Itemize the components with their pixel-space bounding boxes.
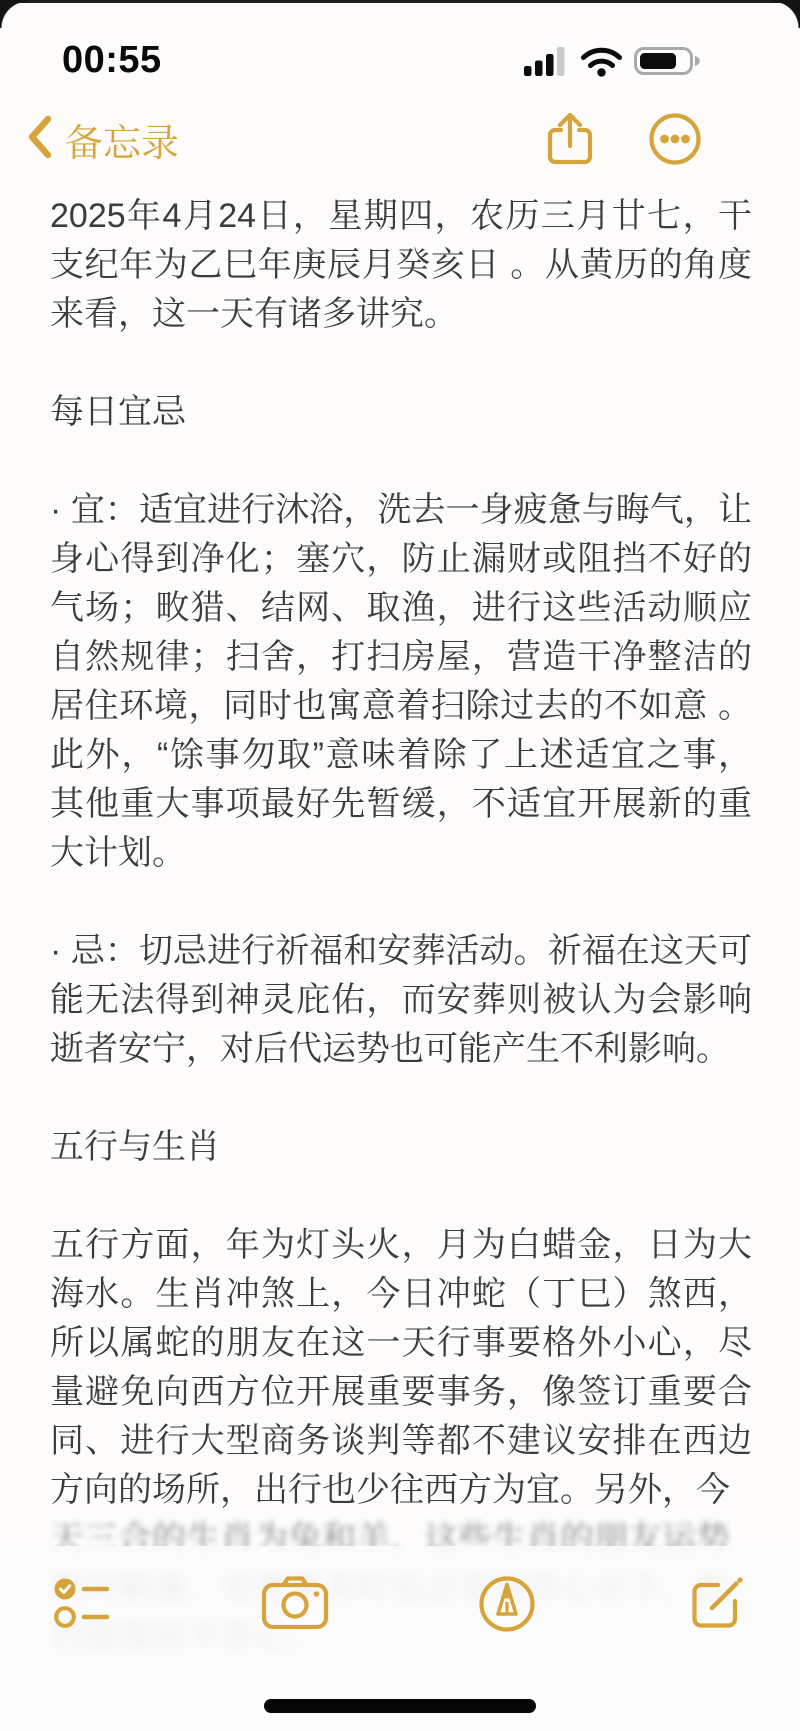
wifi-icon: [580, 46, 623, 82]
battery-icon: [634, 45, 702, 82]
nav-actions: [544, 110, 702, 168]
screen-corner-top-right: [772, 0, 800, 28]
share-icon: [544, 156, 596, 171]
status-time: 00:55: [62, 39, 162, 82]
more-options-icon: [648, 154, 702, 169]
note-paragraph-wuxing: 五行方面，年为灯头火，月为白蜡金，日为大海水。生肖冲煞上，今日冲蛇（丁巳）煞西，…: [50, 1221, 752, 1515]
compose-icon: [684, 1624, 748, 1639]
note-paragraph-ji: · 忌：切忌进行祈福和安葬活动。祈福在这天可能无法得到神灵庇佑，而安葬则被认为会…: [50, 927, 752, 1074]
compose-button[interactable]: [684, 1572, 748, 1636]
back-button[interactable]: 备忘录: [26, 112, 179, 167]
checklist-button[interactable]: [52, 1572, 116, 1636]
status-icons: [523, 45, 702, 82]
camera-button[interactable]: [261, 1572, 329, 1632]
share-button[interactable]: [544, 110, 596, 168]
camera-icon: [261, 1620, 329, 1635]
nav-bar: 备忘录: [0, 92, 800, 186]
note-body[interactable]: 2025年4月24日，星期四，农历三月廿七，干支纪年为乙巳年庚辰月癸亥日 。从黄…: [0, 186, 800, 1662]
note-paragraph-intro: 2025年4月24日，星期四，农历三月廿七，干支纪年为乙巳年庚辰月癸亥日 。从黄…: [50, 192, 752, 339]
screen-top-edge: [0, 0, 800, 3]
markup-icon: [475, 1624, 539, 1639]
iphone-notes-screen: 00:55: [0, 0, 800, 1731]
note-paragraph-yi: · 宜：适宜进行沐浴，洗去一身疲惫与晦气，让身心得到净化；塞穴，防止漏财或阻挡不…: [50, 486, 752, 878]
checklist-icon: [52, 1624, 116, 1639]
home-indicator[interactable]: [264, 1699, 536, 1713]
note-heading-wuxing: 五行与生肖: [50, 1123, 752, 1172]
status-bar: 00:55: [0, 0, 800, 92]
chevron-left-icon: [26, 114, 52, 165]
note-heading-daily: 每日宜忌: [50, 388, 752, 437]
back-button-label: 备忘录: [65, 112, 179, 167]
cellular-signal-icon: [523, 46, 569, 81]
screen-corner-top-left: [0, 0, 28, 28]
markup-button[interactable]: [475, 1572, 539, 1636]
more-options-button[interactable]: [648, 112, 702, 166]
